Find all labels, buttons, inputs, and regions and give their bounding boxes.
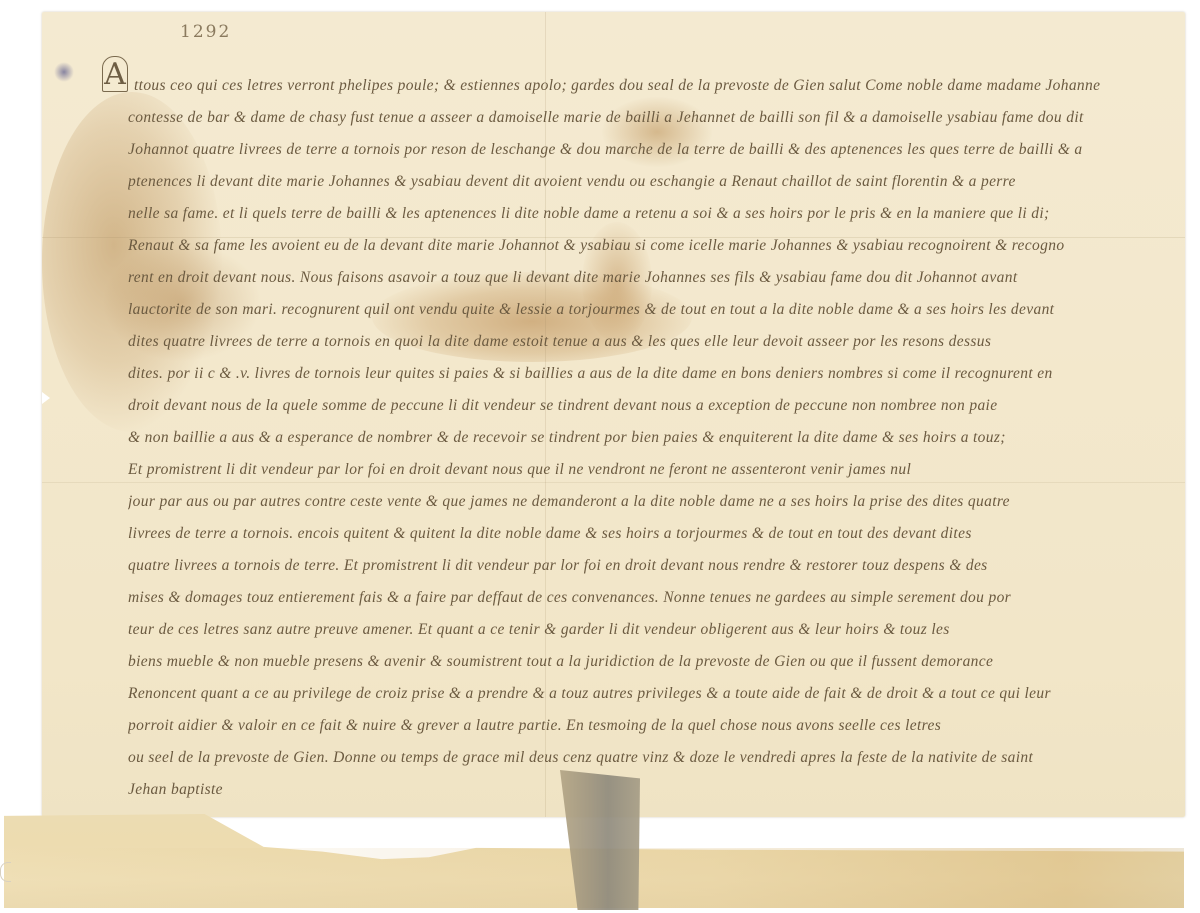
text-line: Renoncent quant a ce au privilege de cro… xyxy=(128,678,1200,710)
charter-text: ttous ceo qui ces letres verront phelipe… xyxy=(128,70,1200,806)
text-line: contesse de bar & dame de chasy fust ten… xyxy=(128,102,1200,134)
text-line: mises & domages touz entierement fais & … xyxy=(128,582,1200,614)
text-line: livrees de terre a tornois. encois quite… xyxy=(128,518,1200,550)
text-line: droit devant nous de la quele somme de p… xyxy=(128,390,1200,422)
text-line: porroit aidier & valoir en ce fait & nui… xyxy=(128,710,1200,742)
text-line: Et promistrent li dit vendeur par lor fo… xyxy=(128,454,1200,486)
text-line: rent en droit devant nous. Nous faisons … xyxy=(128,262,1200,294)
parchment-sheet: 1292 A ttous ceo qui ces letres verront … xyxy=(42,12,1185,817)
text-line: & non baillie a aus & a esperance de nom… xyxy=(128,422,1200,454)
edge-tear xyxy=(42,392,50,404)
text-line: dites. por ii c & .v. livres de tornois … xyxy=(128,358,1200,390)
text-line: quatre livrees a tornois de terre. Et pr… xyxy=(128,550,1200,582)
text-line: ttous ceo qui ces letres verront phelipe… xyxy=(128,70,1200,102)
text-line: nelle sa fame. et li quels terre de bail… xyxy=(128,198,1200,230)
text-line: teur de ces letres sanz autre preuve ame… xyxy=(128,614,1200,646)
text-line: ou seel de la prevoste de Gien. Donne ou… xyxy=(128,742,1200,774)
text-line: ptenences li devant dite marie Johannes … xyxy=(128,166,1200,198)
year-annotation: 1292 xyxy=(180,22,231,42)
ink-blot xyxy=(54,62,74,82)
text-line: jour par aus ou par autres contre ceste … xyxy=(128,486,1200,518)
decorated-initial: A xyxy=(102,56,128,92)
text-line: dites quatre livrees de terre a tornois … xyxy=(128,326,1200,358)
text-line: lauctorite de son mari. recognurent quil… xyxy=(128,294,1200,326)
text-line: biens mueble & non mueble presens & aven… xyxy=(128,646,1200,678)
text-line: Jehan baptiste xyxy=(128,774,1200,806)
text-line: Johannot quatre livrees de terre a torno… xyxy=(128,134,1200,166)
text-line: Renaut & sa fame les avoient eu de la de… xyxy=(128,230,1200,262)
string-loop xyxy=(0,862,11,882)
